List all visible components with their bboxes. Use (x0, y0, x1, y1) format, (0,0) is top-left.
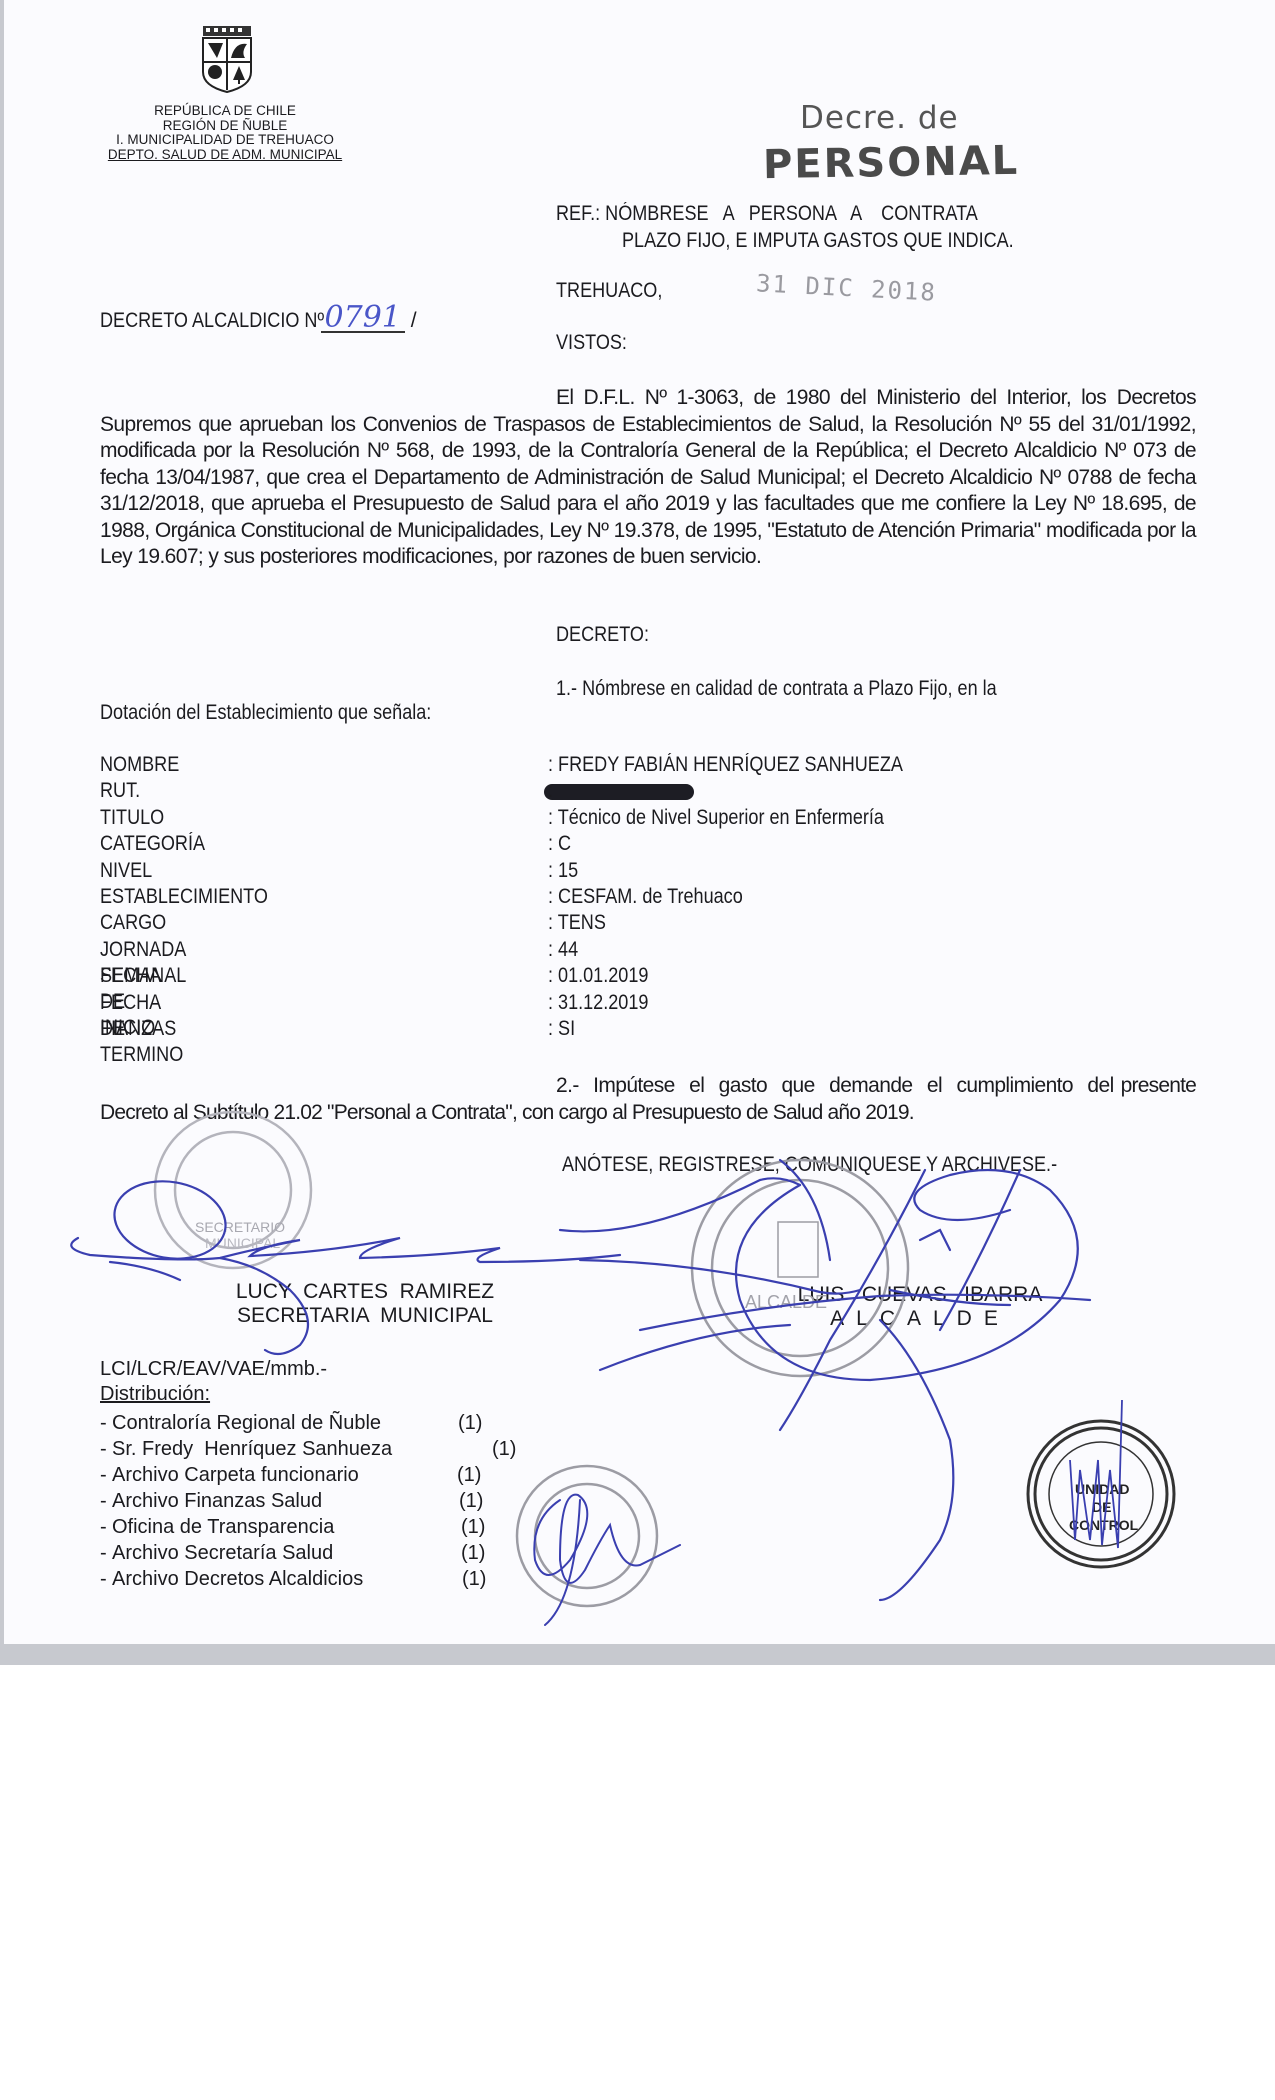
vistos-body: Decretos Supremos que aprueban los Conve… (100, 386, 1196, 568)
distribution-list: -Contraloría Regional de Ñuble(1) -Sr. F… (100, 1410, 540, 1592)
reference-block: REF.: NÓMBRESE A PERSONA A CONTRATA PLAZ… (556, 200, 1077, 254)
decree-number-slash: / (411, 309, 417, 332)
distribution-item: -Archivo Decretos Alcaldicios(1) (100, 1566, 540, 1592)
reference-line2: PLAZO FIJO, E IMPUTA GASTOS QUE INDICA. (622, 227, 1014, 254)
article2-paragraph: 2.- Impútese el gasto que demande el cum… (100, 1072, 1196, 1126)
institution-line: I. MUNICIPALIDAD DE TREHUACO (90, 133, 360, 148)
distribution-item: -Contraloría Regional de Ñuble(1) (100, 1410, 540, 1436)
redacted-rut (544, 784, 694, 800)
drafting-initials: LCI/LCR/EAV/VAE/mmb.- (100, 1358, 327, 1381)
decree-type-stamp-line2: PERSONAL (763, 138, 1020, 188)
institution-line: REGIÓN DE ÑUBLE (90, 119, 360, 134)
decree-type-stamp-line1: Decre. de (800, 100, 959, 136)
decree-number: DECRETO ALCALDICIO Nº0791 / (100, 305, 417, 334)
institution-header: REPÚBLICA DE CHILE REGIÓN DE ÑUBLE I. MU… (90, 104, 360, 162)
decree-number-handwritten: 0791 (321, 305, 405, 333)
distribution-item: -Archivo Finanzas Salud(1) (100, 1488, 540, 1514)
article1-lead: 1.- Nómbrese en calidad de contrata a Pl… (556, 676, 1068, 702)
distribution-title: Distribución: (100, 1383, 210, 1406)
secretary-name: LUCY CARTES RAMIREZ (200, 1280, 530, 1304)
distribution-item: -Oficina de Transparencia(1) (100, 1514, 540, 1540)
reference-line1: REF.: NÓMBRESE A PERSONA A CONTRATA (556, 200, 978, 227)
mayor-signature-block: LUIS CUEVAS IBARRA ALCALDE (770, 1283, 1070, 1331)
secretary-title: SECRETARIA MUNICIPAL (200, 1304, 530, 1328)
decreto-heading: DECRETO: (556, 622, 664, 648)
distribution-item: -Archivo Carpeta funcionario(1) (100, 1462, 540, 1488)
decree-number-label: DECRETO ALCALDICIO Nº (100, 308, 324, 334)
place-label: TREHUACO, (556, 278, 680, 304)
mayor-name: LUIS CUEVAS IBARRA (770, 1283, 1070, 1307)
institution-line: REPÚBLICA DE CHILE (90, 104, 360, 119)
article2-lead: 2.- Impútese el gasto que demande el cum… (556, 1074, 1114, 1097)
municipal-coat-of-arms-icon (193, 24, 261, 94)
secretary-signature-block: LUCY CARTES RAMIREZ SECRETARIA MUNICIPAL (200, 1280, 530, 1328)
department-line: DEPTO. SALUD DE ADM. MUNICIPAL (90, 148, 360, 163)
vistos-paragraph: El D.F.L. Nº 1-3063, de 1980 del Ministe… (100, 385, 1196, 571)
vistos-heading: VISTOS: (556, 330, 638, 356)
mayor-title: ALCALDE (770, 1307, 1070, 1331)
article1-rest: Dotación del Establecimiento que señala: (100, 700, 485, 726)
distribution-item: -Sr. Fredy Henríquez Sanhueza(1) (100, 1436, 540, 1462)
distribution-item: -Archivo Secretaría Salud(1) (100, 1540, 540, 1566)
vistos-lead: El D.F.L. Nº 1-3063, de 1980 del Ministe… (556, 386, 1106, 409)
closing-formula: ANÓTESE, REGISTRESE, COMUNIQUESE Y ARCHI… (562, 1152, 1138, 1178)
